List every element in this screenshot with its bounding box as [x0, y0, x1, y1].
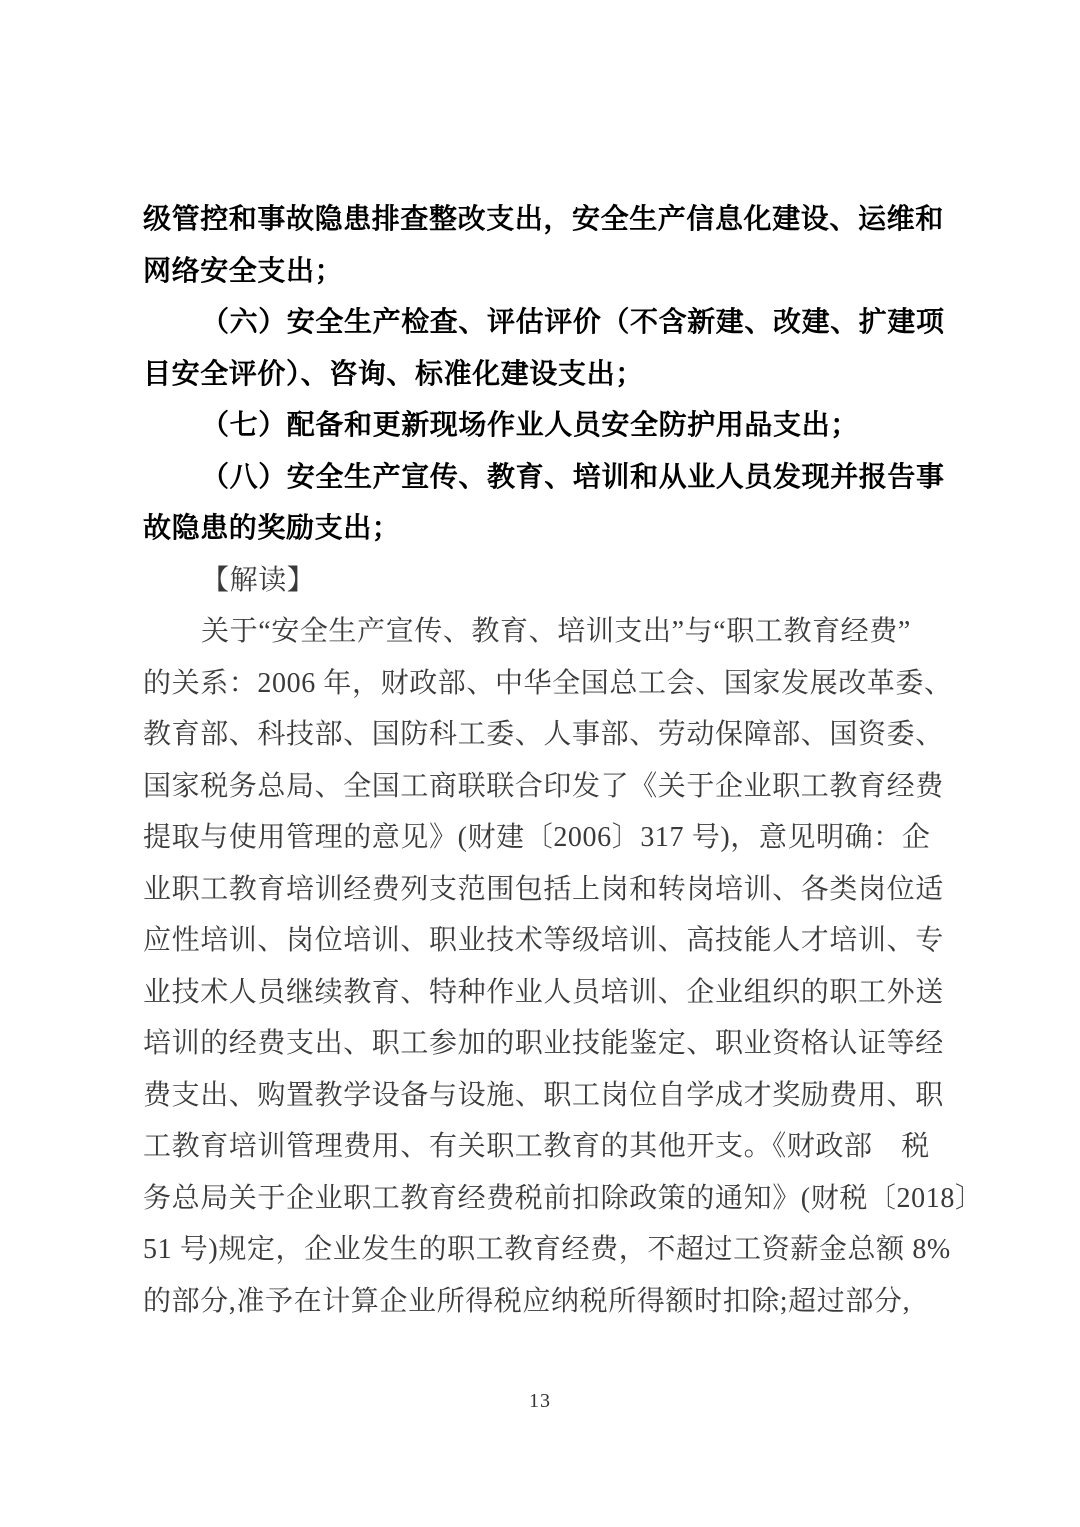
document-page: 级管控和事故隐患排查整改支出，安全生产信息化建设、运维和网络安全支出；（六）安全… — [0, 0, 1080, 1527]
text-line: 网络安全支出； — [143, 246, 963, 298]
text-line: 提取与使用管理的意见》(财建〔2006〕317 号)，意见明确：企 — [143, 812, 963, 864]
page-number: 13 — [0, 1390, 1080, 1413]
text-line: 51 号)规定，企业发生的职工教育经费，不超过工资薪金总额 8% — [143, 1224, 963, 1276]
text-line: 业职工教育培训经费列支范围包括上岗和转岗培训、各类岗位适 — [143, 864, 963, 916]
text-line: 国家税务总局、全国工商联联合印发了《关于企业职工教育经费 — [143, 761, 963, 813]
text-line: （七）配备和更新现场作业人员安全防护用品支出； — [143, 400, 963, 452]
text-line: 教育部、科技部、国防科工委、人事部、劳动保障部、国资委、 — [143, 709, 963, 761]
text-line: 关于“安全生产宣传、教育、培训支出”与“职工教育经费” — [143, 606, 963, 658]
text-line: 培训的经费支出、职工参加的职业技能鉴定、职业资格认证等经 — [143, 1018, 963, 1070]
text-line: 的关系：2006 年，财政部、中华全国总工会、国家发展改革委、 — [143, 658, 963, 710]
text-line: 【解读】 — [143, 555, 963, 607]
text-line: 目安全评价）、咨询、标准化建设支出； — [143, 349, 963, 401]
text-line: 级管控和事故隐患排查整改支出，安全生产信息化建设、运维和 — [143, 194, 963, 246]
text-line: 故隐患的奖励支出； — [143, 503, 963, 555]
text-line: （六）安全生产检查、评估评价（不含新建、改建、扩建项 — [143, 297, 963, 349]
text-line: 务总局关于企业职工教育经费税前扣除政策的通知》(财税〔2018〕 — [143, 1173, 963, 1225]
text-line: 业技术人员继续教育、特种作业人员培训、企业组织的职工外送 — [143, 967, 963, 1019]
text-line: 应性培训、岗位培训、职业技术等级培训、高技能人才培训、专 — [143, 915, 963, 967]
text-line: 费支出、购置教学设备与设施、职工岗位自学成才奖励费用、职 — [143, 1070, 963, 1122]
text-line: 的部分,准予在计算企业所得税应纳税所得额时扣除;超过部分, — [143, 1276, 963, 1328]
document-text-area: 级管控和事故隐患排查整改支出，安全生产信息化建设、运维和网络安全支出；（六）安全… — [143, 194, 963, 1327]
text-line: 工教育培训管理费用、有关职工教育的其他开支。《财政部 税 — [143, 1121, 963, 1173]
text-line: （八）安全生产宣传、教育、培训和从业人员发现并报告事 — [143, 452, 963, 504]
